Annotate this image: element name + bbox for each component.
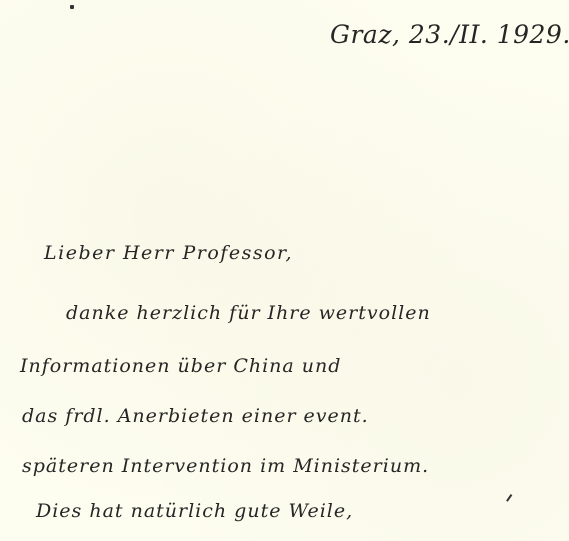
letter-page: Graz, 23./II. 1929. Lieber Herr Professo… — [0, 0, 569, 541]
body-line-3: das frdl. Anerbieten einer event. — [22, 405, 369, 427]
greeting: Lieber Herr Professor, — [44, 242, 293, 264]
body-line-1: danke herzlich für Ihre wertvollen — [66, 302, 431, 324]
body-line-4: späteren Intervention im Ministerium. — [22, 455, 429, 477]
date-line: Graz, 23./II. 1929. — [330, 20, 569, 49]
body-line-2: Informationen über China und — [20, 355, 341, 377]
ink-speck — [70, 5, 74, 9]
ink-mark — [506, 494, 512, 501]
body-line-5: Dies hat natürlich gute Weile, — [36, 500, 353, 522]
